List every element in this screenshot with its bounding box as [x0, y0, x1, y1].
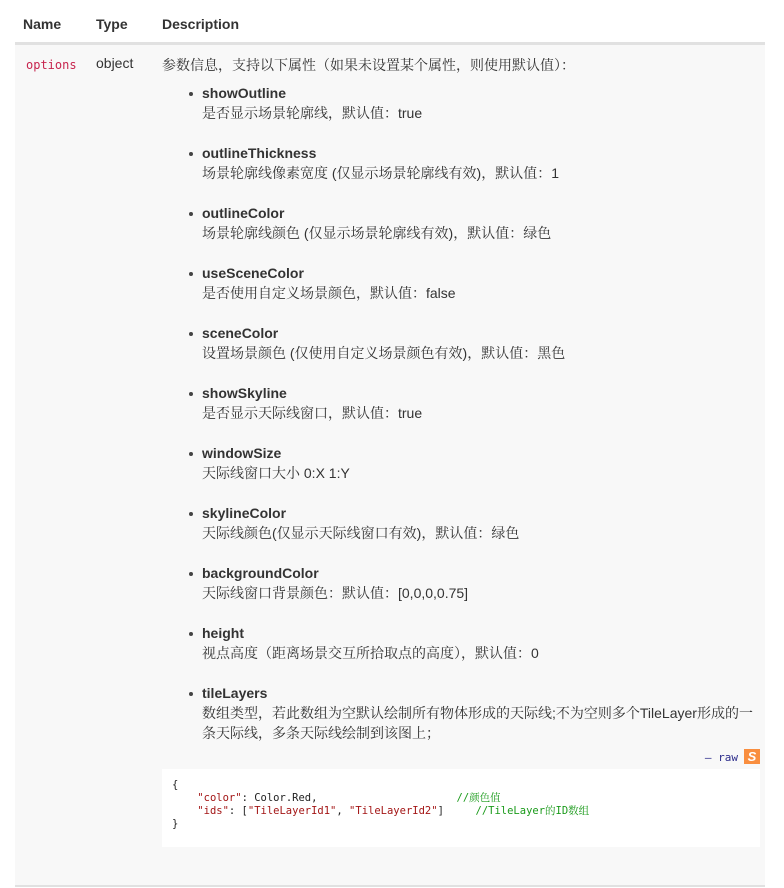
- property-desc: 天际线颜色(仅显示天际线窗口有效)，默认值：绿色: [202, 523, 760, 543]
- code-punct: ]: [438, 805, 444, 817]
- property-desc: 数组类型，若此数组为空默认绘制所有物体形成的天际线;不为空则多个TileLaye…: [202, 703, 760, 743]
- property-desc: 设置场景颜色 (仅使用自定义场景颜色有效)，默认值：黑色: [202, 343, 760, 363]
- code-string: "TileLayerId2": [349, 805, 438, 817]
- property-name: sceneColor: [202, 323, 760, 343]
- param-type: object: [96, 55, 133, 71]
- property-name: height: [202, 623, 760, 643]
- property-desc: 天际线窗口背景颜色：默认值：[0,0,0,0.75]: [202, 583, 760, 603]
- list-item: backgroundColor天际线窗口背景颜色：默认值：[0,0,0,0.75…: [186, 563, 760, 603]
- list-item: skylineColor天际线颜色(仅显示天际线窗口有效)，默认值：绿色: [186, 503, 760, 543]
- list-item: sceneColor设置场景颜色 (仅使用自定义场景颜色有效)，默认值：黑色: [186, 323, 760, 363]
- property-desc: 视点高度（距离场景交互所拾取点的高度），默认值：0: [202, 643, 760, 663]
- list-item: showSkyline是否显示天际线窗口，默认值：true: [186, 383, 760, 423]
- code-comment: //TileLayer的ID数组: [476, 805, 590, 817]
- raw-link[interactable]: — raw: [705, 751, 738, 764]
- code-punct: : [: [229, 805, 248, 817]
- property-name: outlineThickness: [202, 143, 760, 163]
- code-block: { "color": Color.Red, //颜色值 "ids": ["Til…: [162, 769, 760, 847]
- property-name: backgroundColor: [202, 563, 760, 583]
- code-toolbar: — raw S: [162, 749, 760, 767]
- code-key: "color": [197, 792, 241, 804]
- header-name: Name: [23, 16, 61, 32]
- list-item: tileLayers数组类型，若此数组为空默认绘制所有物体形成的天际线;不为空则…: [186, 683, 760, 743]
- list-item: useSceneColor是否使用自定义场景颜色，默认值：false: [186, 263, 760, 303]
- code-string: "TileLayerId1": [248, 805, 337, 817]
- list-item: windowSize天际线窗口大小 0:X 1:Y: [186, 443, 760, 483]
- property-desc: 是否显示天际线窗口，默认值：true: [202, 403, 760, 423]
- property-name: showSkyline: [202, 383, 760, 403]
- header-description: Description: [162, 16, 239, 32]
- property-name: skylineColor: [202, 503, 760, 523]
- param-name: options: [26, 58, 77, 72]
- property-desc: 场景轮廓线颜色 (仅显示场景轮廓线有效)，默认值：绿色: [202, 223, 760, 243]
- code-brace: }: [172, 818, 178, 830]
- code-key: "ids": [197, 805, 229, 817]
- property-name: outlineColor: [202, 203, 760, 223]
- property-name: showOutline: [202, 83, 760, 103]
- table-row: options object 参数信息，支持以下属性（如果未设置某个属性，则使用…: [15, 45, 765, 887]
- list-item: showOutline是否显示场景轮廓线，默认值：true: [186, 83, 760, 123]
- list-item: outlineColor场景轮廓线颜色 (仅显示场景轮廓线有效)，默认值：绿色: [186, 203, 760, 243]
- property-desc: 天际线窗口大小 0:X 1:Y: [202, 463, 760, 483]
- code-brace: {: [172, 779, 178, 791]
- list-item: height视点高度（距离场景交互所拾取点的高度），默认值：0: [186, 623, 760, 663]
- description-intro: 参数信息，支持以下属性（如果未设置某个属性，则使用默认值）：: [162, 55, 760, 75]
- params-table: Name Type Description options object 参数信…: [15, 0, 765, 887]
- code-value: : Color.Red,: [242, 792, 318, 804]
- property-name: useSceneColor: [202, 263, 760, 283]
- list-item: outlineThickness场景轮廓线像素宽度 (仅显示场景轮廓线有效)，默…: [186, 143, 760, 183]
- param-description: 参数信息，支持以下属性（如果未设置某个属性，则使用默认值）： showOutli…: [162, 55, 760, 847]
- table-header: Name Type Description: [15, 0, 765, 45]
- property-name: windowSize: [202, 443, 760, 463]
- property-desc: 是否显示场景轮廓线，默认值：true: [202, 103, 760, 123]
- property-list: showOutline是否显示场景轮廓线，默认值：true outlineThi…: [162, 83, 760, 743]
- code-comment: //颜色值: [457, 792, 501, 804]
- property-desc: 是否使用自定义场景颜色，默认值：false: [202, 283, 760, 303]
- code-punct: ,: [336, 805, 349, 817]
- header-type: Type: [96, 16, 128, 32]
- property-name: tileLayers: [202, 683, 760, 703]
- sublime-logo-icon[interactable]: S: [744, 749, 760, 764]
- property-desc: 场景轮廓线像素宽度 (仅显示场景轮廓线有效)，默认值：1: [202, 163, 760, 183]
